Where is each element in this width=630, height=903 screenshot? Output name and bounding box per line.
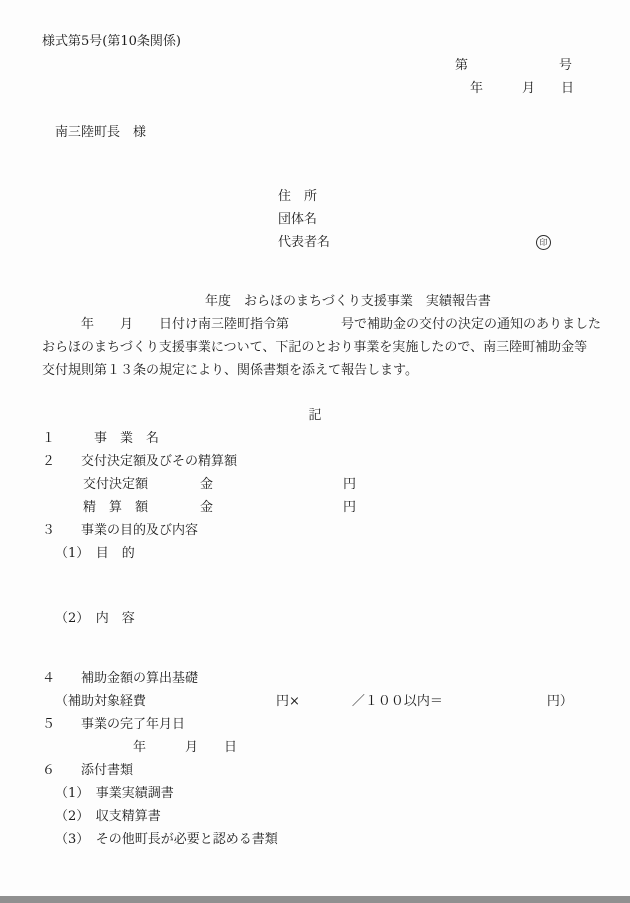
seal-character: 印 xyxy=(540,238,548,247)
date-line: 年 月 日 xyxy=(470,80,574,98)
item-1-project-name: １ 事 業 名 xyxy=(42,430,159,448)
item-3-purpose-and-content: ３ 事業の目的及び内容 xyxy=(42,522,198,540)
item-3-2-content: （2） 内 容 xyxy=(55,610,135,628)
sender-organization-label: 団体名 xyxy=(278,211,317,229)
document-page: 様式第5号(第10条関係) 第 号 年 月 日 南三陸町長 様 住 所 団体名 … xyxy=(0,0,630,903)
page-bottom-edge xyxy=(0,896,630,903)
body-paragraph-line-2: おらほのまちづくり支援事業について、下記のとおり事業を実施したので、南三陸町補助… xyxy=(42,339,587,357)
document-number-line: 第 号 xyxy=(455,57,572,75)
item-6-2-settlement-statement: （2） 収支精算書 xyxy=(55,808,161,826)
item-2-settlement-amount-line: 精 算 額 金 円 xyxy=(83,499,356,517)
sender-representative-label: 代表者名 xyxy=(278,234,330,252)
item-6-1-performance-report: （1） 事業実績調書 xyxy=(55,785,174,803)
item-5-completion-date: ５ 事業の完了年月日 xyxy=(42,716,185,734)
item-4-calculation-basis: ４ 補助金額の算出基礎 xyxy=(42,670,198,688)
item-6-3-other-documents: （3） その他町長が必要と認める書類 xyxy=(55,831,278,849)
item-3-1-purpose: （1） 目 的 xyxy=(55,545,135,563)
sender-address-label: 住 所 xyxy=(278,188,317,206)
item-6-attachments: ６ 添付書類 xyxy=(42,762,133,780)
form-label: 様式第5号(第10条関係) xyxy=(42,33,181,51)
seal-icon: 印 xyxy=(536,235,551,250)
item-2-grant-amount-line: 交付決定額 金 円 xyxy=(83,476,356,494)
item-4-formula-line: （補助対象経費 円× ／１００以内＝ 円） xyxy=(55,693,573,711)
body-paragraph-line-1: 年 月 日付け南三陸町指令第 号で補助金の交付の決定の通知のありました xyxy=(42,316,601,334)
report-title: 年度 おらほのまちづくり支援事業 実績報告書 xyxy=(205,293,491,311)
addressee-line: 南三陸町長 様 xyxy=(55,124,146,142)
item-2-grant-and-settlement: ２ 交付決定額及びその精算額 xyxy=(42,453,237,471)
record-marker: 記 xyxy=(0,407,630,425)
body-paragraph-line-3: 交付規則第１３条の規定により、関係書類を添えて報告します。 xyxy=(42,362,418,380)
item-5-date-line: 年 月 日 xyxy=(42,739,237,757)
